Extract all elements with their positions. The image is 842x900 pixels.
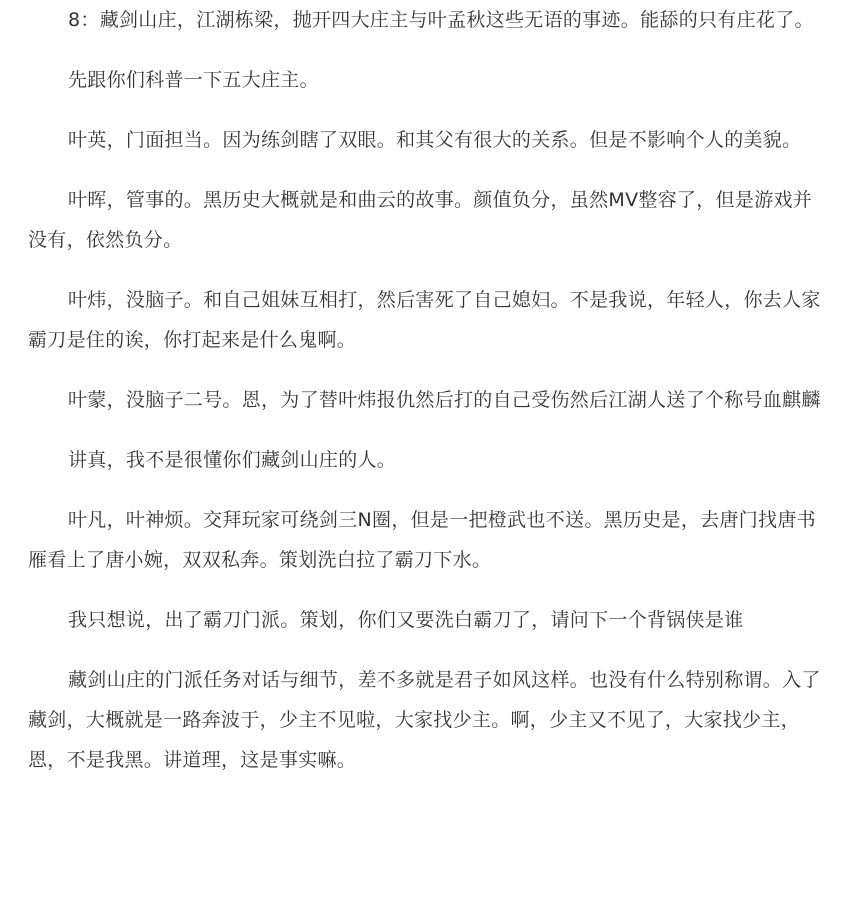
paragraph-cangjian-intro: 8：藏剑山庄，江湖栋梁，抛开四大庄主与叶孟秋这些无语的事迹。能舔的只有庄花了。 (28, 0, 822, 40)
paragraph-ye-hui: 叶晖，管事的。黑历史大概就是和曲云的故事。颜值负分，虽然MV整容了，但是游戏并没… (28, 180, 822, 260)
paragraph-comment: 讲真，我不是很懂你们藏剑山庄的人。 (28, 440, 822, 480)
paragraph-ye-wei: 叶炜，没脑子。和自己姐妹互相打，然后害死了自己媳妇。不是我说，年轻人，你去人家霸… (28, 280, 822, 360)
paragraph-five-masters-intro: 先跟你们科普一下五大庄主。 (28, 60, 822, 100)
paragraph-ye-ying: 叶英，门面担当。因为练剑瞎了双眼。和其父有很大的关系。但是不影响个人的美貌。 (28, 120, 822, 160)
paragraph-sect-quests: 藏剑山庄的门派任务对话与细节，差不多就是君子如风这样。也没有什么特别称谓。入了藏… (28, 660, 822, 780)
paragraph-ye-meng: 叶蒙，没脑子二号。恩，为了替叶炜报仇然后打的自己受伤然后江湖人送了个称号血麒麟 (28, 380, 822, 420)
paragraph-ye-fan: 叶凡，叶神烦。交拜玩家可绕剑三N圈，但是一把橙武也不送。黑历史是，去唐门找唐书雁… (28, 500, 822, 580)
article-body: 8：藏剑山庄，江湖栋梁，抛开四大庄主与叶孟秋这些无语的事迹。能舔的只有庄花了。 … (0, 0, 842, 780)
paragraph-badao: 我只想说，出了霸刀门派。策划，你们又要洗白霸刀了，请问下一个背锅侠是谁 (28, 600, 822, 640)
